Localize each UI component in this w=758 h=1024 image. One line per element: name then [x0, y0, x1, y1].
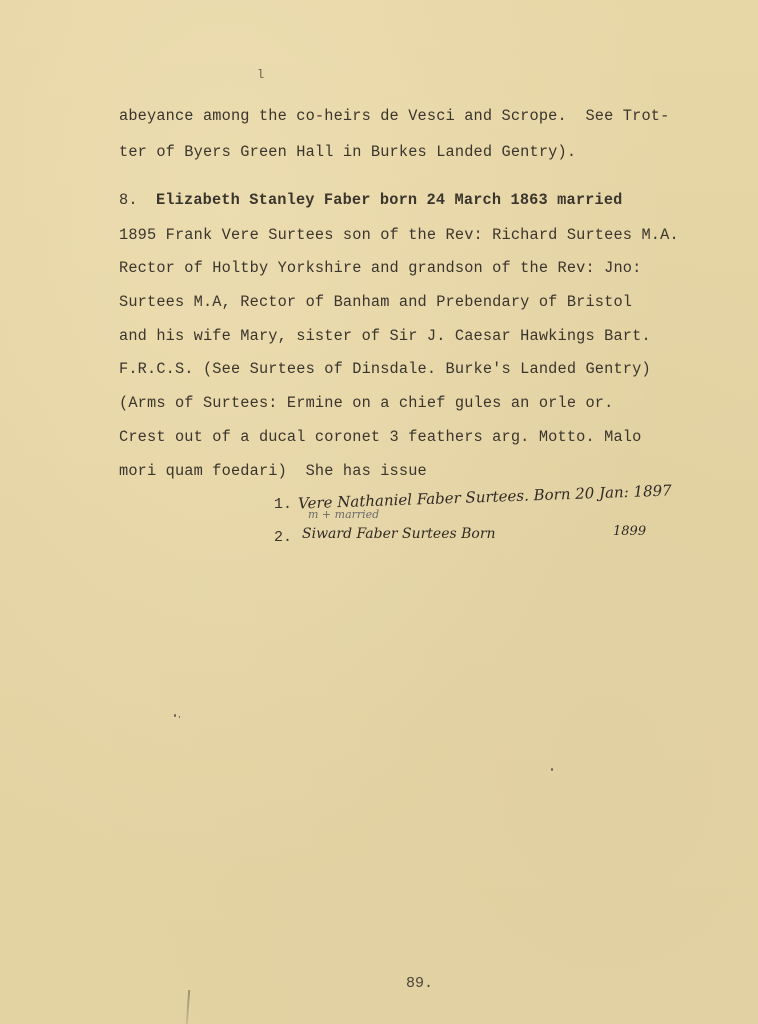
paper-speck [179, 716, 180, 718]
handwritten-entry: Siward Faber Surtees Born [302, 526, 496, 542]
text-line: and his wife Mary, sister of Sir J. Caes… [119, 327, 651, 345]
issue-number: 1. [274, 496, 292, 513]
document-page: l abeyance among the co-heirs de Vesci a… [0, 0, 758, 1024]
text-line: (Arms of Surtees: Ermine on a chief gule… [119, 394, 613, 412]
text-line: mori quam foedari) She has issue [119, 462, 427, 480]
text-line: Rector of Holtby Yorkshire and grandson … [119, 259, 641, 277]
text-line: F.R.C.S. (See Surtees of Dinsdale. Burke… [119, 360, 651, 378]
page-number: 89. [406, 975, 433, 992]
paper-speck [551, 768, 553, 771]
paper-crease [186, 990, 190, 1024]
text-line: 1895 Frank Vere Surtees son of the Rev: … [119, 226, 679, 244]
text-line: ter of Byers Green Hall in Burkes Landed… [119, 143, 576, 161]
text-line: Surtees M.A, Rector of Banham and Preben… [119, 293, 632, 311]
issue-number: 2. [274, 529, 292, 546]
handwritten-note: m + married [308, 508, 379, 521]
text-line: Crest out of a ducal coronet 3 feathers … [119, 428, 641, 446]
paper-speck [174, 714, 176, 717]
text-line: Elizabeth Stanley Faber born 24 March 18… [156, 191, 622, 209]
entry-number: 8. [119, 191, 138, 209]
top-mark: l [257, 68, 264, 82]
handwritten-year: 1899 [613, 524, 646, 539]
text-line: abeyance among the co-heirs de Vesci and… [119, 107, 669, 125]
